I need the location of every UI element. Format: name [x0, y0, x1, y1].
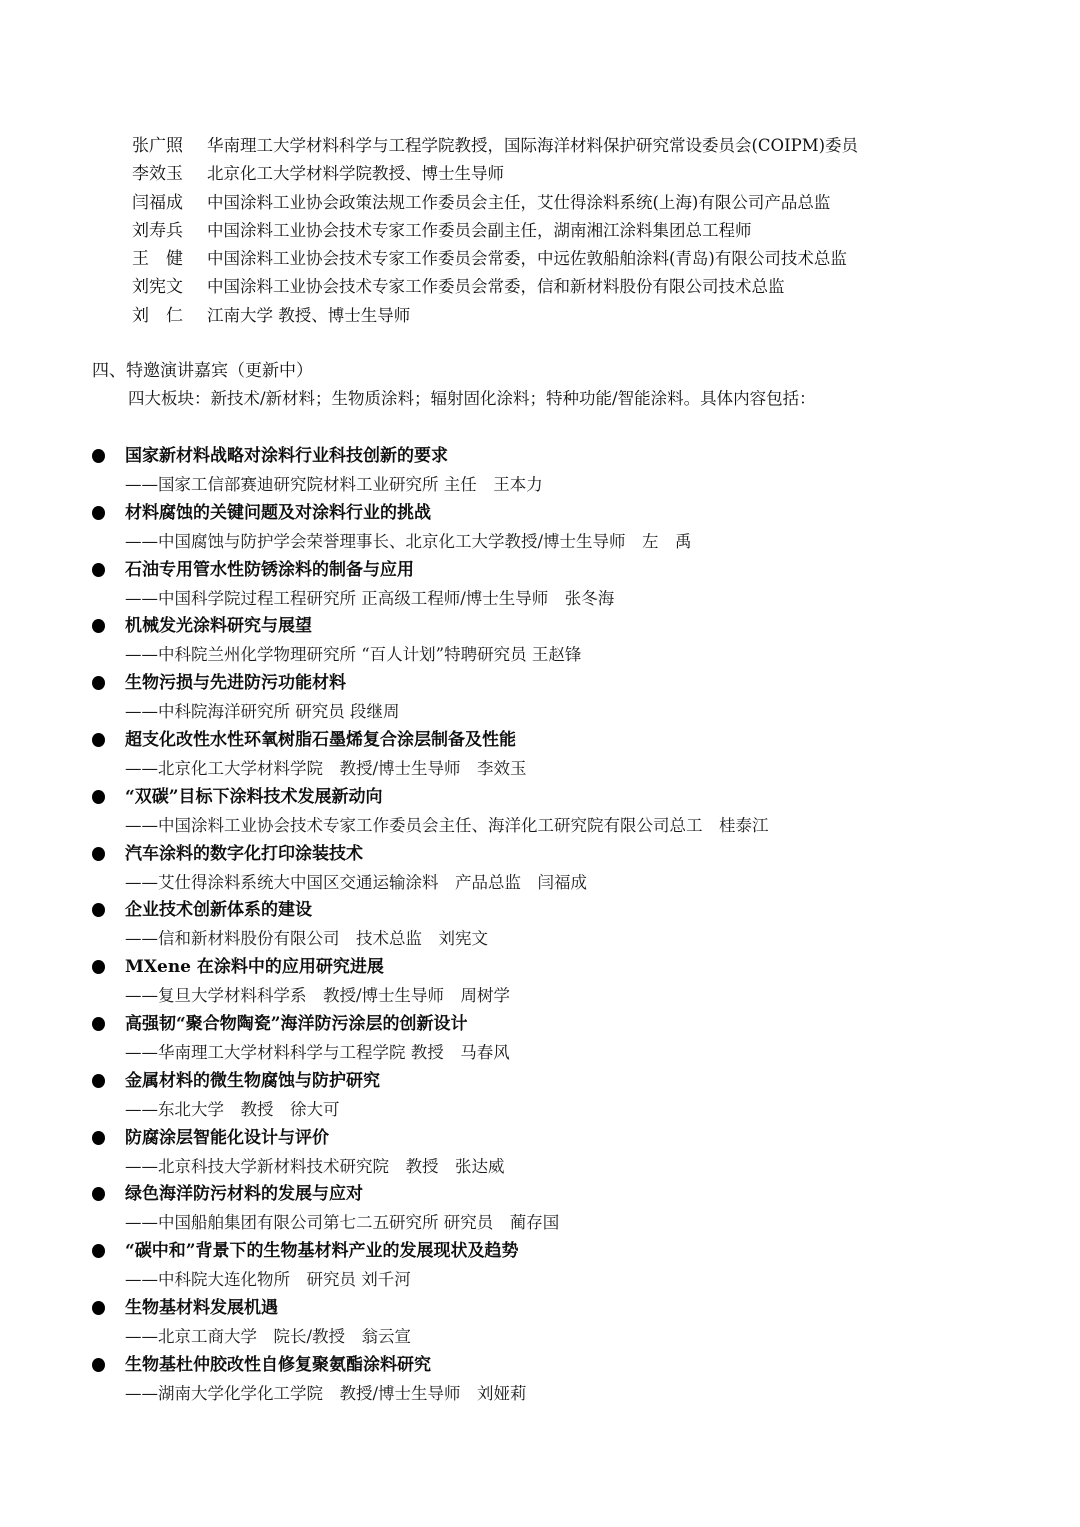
talk-speaker: ——国家工信部赛迪研究院材料工业研究所 主任 王本力: [125, 472, 543, 498]
committee-list: 张广照 华南理工大学材料科学与工程学院教授，国际海洋材料保护研究常设委员会(CO…: [132, 133, 1032, 331]
talk-title: 金属材料的微生物腐蚀与防护研究: [125, 1068, 380, 1094]
committee-member: 刘宪文 中国涂料工业协会技术专家工作委员会常委，信和新材料股份有限公司技术总监: [132, 274, 1032, 302]
talk-item: 材料腐蚀的关键问题及对涂料行业的挑战 ——中国腐蚀与防护学会荣誉理事长、北京化工…: [90, 500, 1050, 557]
talk-item: 企业技术创新体系的建设 ——信和新材料股份有限公司 技术总监 刘宪文: [90, 897, 1050, 954]
bullet-icon: [92, 733, 105, 747]
talk-item: 生物污损与先进防污功能材料 ——中科院海洋研究所 研究员 段继周: [90, 670, 1050, 727]
member-name: 张广照: [132, 133, 207, 161]
bullet-icon: [92, 506, 105, 520]
talk-title: 企业技术创新体系的建设: [125, 897, 312, 923]
talk-title: 绿色海洋防污材料的发展与应对: [125, 1181, 363, 1207]
talk-title: “碳中和”背景下的生物基材料产业的发展现状及趋势: [125, 1238, 519, 1264]
bullet-icon: [92, 1187, 105, 1201]
talk-item: 高强韧“聚合物陶瓷”海洋防污涂层的创新设计 ——华南理工大学材料科学与工程学院 …: [90, 1011, 1050, 1068]
talk-title: 汽车涂料的数字化打印涂装技术: [125, 841, 363, 867]
talk-speaker: ——中国船舶集团有限公司第七二五研究所 研究员 蔺存国: [125, 1210, 559, 1236]
talk-item: 汽车涂料的数字化打印涂装技术 ——艾仕得涂料系统大中国区交通运输涂料 产品总监 …: [90, 841, 1050, 898]
committee-member: 王 健 中国涂料工业协会技术专家工作委员会常委，中远佐敦船舶涂料(青岛)有限公司…: [132, 246, 1032, 274]
bullet-icon: [92, 619, 105, 633]
member-description: 中国涂料工业协会技术专家工作委员会副主任，湖南湘江涂料集团总工程师: [207, 218, 752, 246]
talk-speaker: ——复旦大学材料科学系 教授/博士生导师 周树学: [125, 983, 510, 1009]
member-name: 刘宪文: [132, 274, 207, 302]
talk-speaker: ——中国涂料工业协会技术专家工作委员会主任、海洋化工研究院有限公司总工 桂泰江: [125, 813, 769, 839]
talk-item: 超支化改性水性环氧树脂石墨烯复合涂层制备及性能 ——北京化工大学材料学院 教授/…: [90, 727, 1050, 784]
bullet-icon: [92, 449, 105, 463]
section-subheading: 四大板块：新技术/新材料；生物质涂料；辐射固化涂料；特种功能/智能涂料。具体内容…: [128, 386, 816, 412]
member-name: 刘 仁: [132, 303, 207, 331]
talk-title: 防腐涂层智能化设计与评价: [125, 1125, 329, 1151]
committee-member: 张广照 华南理工大学材料科学与工程学院教授，国际海洋材料保护研究常设委员会(CO…: [132, 133, 1032, 161]
talk-speaker: ——中科院兰州化学物理研究所 “百人计划”特聘研究员 王赵锋: [125, 642, 581, 668]
talk-title: 石油专用管水性防锈涂料的制备与应用: [125, 557, 414, 583]
bullet-icon: [92, 790, 105, 804]
member-description: 华南理工大学材料科学与工程学院教授，国际海洋材料保护研究常设委员会(COIPM)…: [207, 133, 858, 161]
talk-item: 金属材料的微生物腐蚀与防护研究 ——东北大学 教授 徐大可: [90, 1068, 1050, 1125]
talk-speaker: ——北京工商大学 院长/教授 翁云宣: [125, 1324, 411, 1350]
talk-title: 超支化改性水性环氧树脂石墨烯复合涂层制备及性能: [125, 727, 516, 753]
bullet-icon: [92, 1301, 105, 1315]
talk-speaker: ——中科院海洋研究所 研究员 段继周: [125, 699, 400, 725]
talk-speaker: ——北京科技大学新材料技术研究院 教授 张达威: [125, 1154, 505, 1180]
member-description: 中国涂料工业协会技术专家工作委员会常委，信和新材料股份有限公司技术总监: [207, 274, 785, 302]
bullet-icon: [92, 960, 105, 974]
talk-speaker: ——北京化工大学材料学院 教授/博士生导师 李效玉: [125, 756, 527, 782]
bullet-icon: [92, 1017, 105, 1031]
talk-item: 生物基杜仲胶改性自修复聚氨酯涂料研究 ——湖南大学化学化工学院 教授/博士生导师…: [90, 1352, 1050, 1409]
bullet-icon: [92, 563, 105, 577]
talk-speaker: ——中国腐蚀与防护学会荣誉理事长、北京化工大学教授/博士生导师 左 禹: [125, 529, 692, 555]
talk-speaker: ——东北大学 教授 徐大可: [125, 1097, 340, 1123]
committee-member: 闫福成 中国涂料工业协会政策法规工作委员会主任，艾仕得涂料系统(上海)有限公司产…: [132, 190, 1032, 218]
committee-member: 刘 仁 江南大学 教授、博士生导师: [132, 303, 1032, 331]
bullet-icon: [92, 1244, 105, 1258]
talk-item: 国家新材料战略对涂料行业科技创新的要求 ——国家工信部赛迪研究院材料工业研究所 …: [90, 443, 1050, 500]
talk-speaker: ——信和新材料股份有限公司 技术总监 刘宪文: [125, 926, 488, 952]
talk-speaker: ——华南理工大学材料科学与工程学院 教授 马春风: [125, 1040, 510, 1066]
talk-item: 防腐涂层智能化设计与评价 ——北京科技大学新材料技术研究院 教授 张达威: [90, 1125, 1050, 1182]
member-name: 李效玉: [132, 161, 207, 189]
member-name: 刘寿兵: [132, 218, 207, 246]
member-description: 江南大学 教授、博士生导师: [207, 303, 410, 331]
talk-title: “双碳”目标下涂料技术发展新动向: [125, 784, 383, 810]
talk-title: 生物污损与先进防污功能材料: [125, 670, 346, 696]
talk-speaker: ——中科院大连化物所 研究员 刘千河: [125, 1267, 411, 1293]
member-description: 中国涂料工业协会政策法规工作委员会主任，艾仕得涂料系统(上海)有限公司产品总监: [207, 190, 830, 218]
member-description: 中国涂料工业协会技术专家工作委员会常委，中远佐敦船舶涂料(青岛)有限公司技术总监: [207, 246, 847, 274]
bullet-icon: [92, 676, 105, 690]
committee-member: 刘寿兵 中国涂料工业协会技术专家工作委员会副主任，湖南湘江涂料集团总工程师: [132, 218, 1032, 246]
bullet-icon: [92, 903, 105, 917]
talk-title: 高强韧“聚合物陶瓷”海洋防污涂层的创新设计: [125, 1011, 468, 1037]
member-name: 王 健: [132, 246, 207, 274]
talk-item: MXene 在涂料中的应用研究进展 ——复旦大学材料科学系 教授/博士生导师 周…: [90, 954, 1050, 1011]
talk-speaker: ——中国科学院过程工程研究所 正高级工程师/博士生导师 张冬海: [125, 586, 614, 612]
talk-title: MXene 在涂料中的应用研究进展: [125, 954, 384, 980]
member-description: 北京化工大学材料学院教授、博士生导师: [207, 161, 504, 189]
talk-item: “双碳”目标下涂料技术发展新动向 ——中国涂料工业协会技术专家工作委员会主任、海…: [90, 784, 1050, 841]
talk-title: 机械发光涂料研究与展望: [125, 613, 312, 639]
bullet-icon: [92, 847, 105, 861]
talk-item: 机械发光涂料研究与展望 ——中科院兰州化学物理研究所 “百人计划”特聘研究员 王…: [90, 613, 1050, 670]
talk-item: 生物基材料发展机遇 ——北京工商大学 院长/教授 翁云宣: [90, 1295, 1050, 1352]
member-name: 闫福成: [132, 190, 207, 218]
talk-speaker: ——艾仕得涂料系统大中国区交通运输涂料 产品总监 闫福成: [125, 870, 587, 896]
bullet-icon: [92, 1131, 105, 1145]
bullet-icon: [92, 1358, 105, 1372]
talk-title: 国家新材料战略对涂料行业科技创新的要求: [125, 443, 448, 469]
talk-title: 生物基材料发展机遇: [125, 1295, 278, 1321]
talk-title: 材料腐蚀的关键问题及对涂料行业的挑战: [125, 500, 431, 526]
talk-item: 绿色海洋防污材料的发展与应对 ——中国船舶集团有限公司第七二五研究所 研究员 蔺…: [90, 1181, 1050, 1238]
section-heading: 四、特邀演讲嘉宾（更新中）: [92, 358, 313, 384]
talk-list: 国家新材料战略对涂料行业科技创新的要求 ——国家工信部赛迪研究院材料工业研究所 …: [90, 443, 1050, 1409]
talk-title: 生物基杜仲胶改性自修复聚氨酯涂料研究: [125, 1352, 431, 1378]
talk-item: 石油专用管水性防锈涂料的制备与应用 ——中国科学院过程工程研究所 正高级工程师/…: [90, 557, 1050, 614]
talk-item: “碳中和”背景下的生物基材料产业的发展现状及趋势 ——中科院大连化物所 研究员 …: [90, 1238, 1050, 1295]
bullet-icon: [92, 1074, 105, 1088]
talk-speaker: ——湖南大学化学化工学院 教授/博士生导师 刘娅莉: [125, 1381, 527, 1407]
committee-member: 李效玉 北京化工大学材料学院教授、博士生导师: [132, 161, 1032, 189]
